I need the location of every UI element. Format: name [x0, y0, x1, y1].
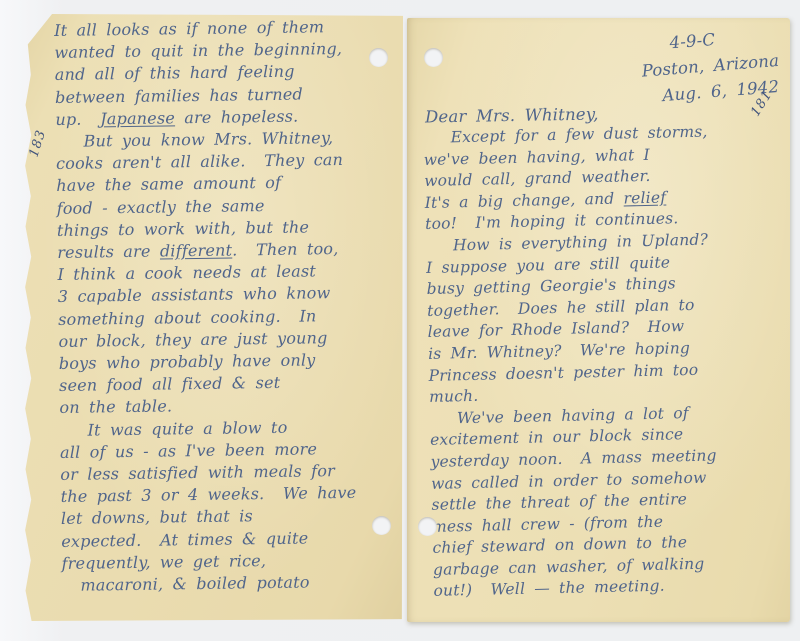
left-page-text: It all looks as if none of themwanted to… [54, 15, 404, 597]
handwritten-line: macaroni, & boiled potato [62, 570, 404, 597]
punch-hole-right-top [424, 48, 443, 67]
punch-hole-left-top [369, 48, 388, 67]
letter-page-left: It all looks as if none of themwanted to… [24, 14, 403, 621]
letter-header: 4-9-CPoston, ArizonaAug. 6, 1942 [547, 22, 782, 118]
letter-scan: It all looks as if none of themwanted to… [0, 0, 800, 641]
salutation: Dear Mrs. Whitney, [425, 104, 599, 126]
punch-hole-right-bottom [418, 517, 437, 536]
right-page-text: Except for a few dust storms,we've been … [423, 120, 794, 603]
punch-hole-left-bottom [372, 516, 391, 535]
letter-page-right: 4-9-CPoston, ArizonaAug. 6, 1942 Dear Mr… [407, 18, 790, 622]
